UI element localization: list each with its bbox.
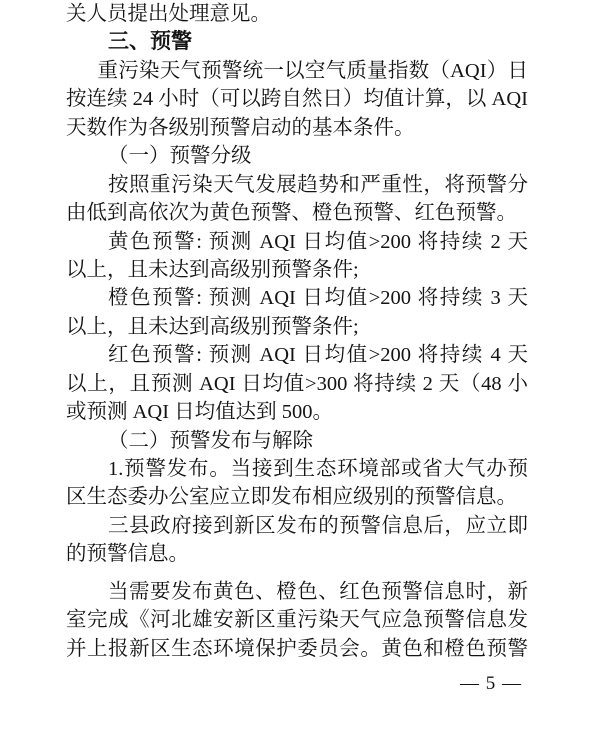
text-line: 橙色预警: 预测 AQI 日均值>200 将持续 3 天（72 小时）及 <box>66 284 528 312</box>
text-line: 的预警信息。 <box>66 540 528 568</box>
text-line: 并上报新区生态环境保护委员会。黄色和橙色预警由新区生态环 <box>66 635 528 663</box>
text-line: 或预测 AQI 日均值达到 500。 <box>66 398 528 426</box>
page-number: — 5 — <box>460 670 522 698</box>
text-line: 1.预警发布。当接到生态环境部或省大气办预警文件时，新 <box>66 455 528 483</box>
text-line: 红色预警: 预测 AQI 日均值>200 将持续 4 天（96 小时）及 <box>66 341 528 369</box>
text-line: 区生态委办公室应立即发布相应级别的预警信息。 <box>66 483 528 511</box>
text-line: 按连续 24 小时（可以跨自然日）均值计算，以 AQI > 200 持续 <box>66 85 528 113</box>
text-line: 当需要发布黄色、橙色、红色预警信息时，新区生态委办公 <box>66 578 528 606</box>
text-block: 关人员提出处理意见。三、预警重污染天气预警统一以空气质量指数（AQI）日均值为指… <box>66 0 528 663</box>
text-line: 以上，且预测 AQI 日均值>300 将持续 2 天（48 小时）及以上; <box>66 370 528 398</box>
text-line: （一）预警分级 <box>66 142 528 170</box>
text-line: 由低到高依次为黄色预警、橙色预警、红色预警。 <box>66 199 528 227</box>
document-page: 关人员提出处理意见。三、预警重污染天气预警统一以空气质量指数（AQI）日均值为指… <box>0 0 596 752</box>
text-line: 三、预警 <box>66 28 528 56</box>
text-line: 关人员提出处理意见。 <box>66 0 528 28</box>
text-line: 天数作为各级别预警启动的基本条件。 <box>66 114 528 142</box>
text-line: 以上，且未达到高级别预警条件; <box>66 256 528 284</box>
text-line: 室完成《河北雄安新区重污染天气应急预警信息发布审批表》， <box>66 606 528 634</box>
text-line: 以上，且未达到高级别预警条件; <box>66 313 528 341</box>
text-line: 按照重污染天气发展趋势和严重性，将预警分为三个等级， <box>66 171 528 199</box>
text-line: 重污染天气预警统一以空气质量指数（AQI）日均值为指标， <box>66 57 528 85</box>
text-line: 黄色预警: 预测 AQI 日均值>200 将持续 2 天（48 小时）及 <box>66 228 528 256</box>
text-line: （二）预警发布与解除 <box>66 427 528 455</box>
text-line: 三县政府接到新区发布的预警信息后，应立即发布相应级别 <box>66 512 528 540</box>
